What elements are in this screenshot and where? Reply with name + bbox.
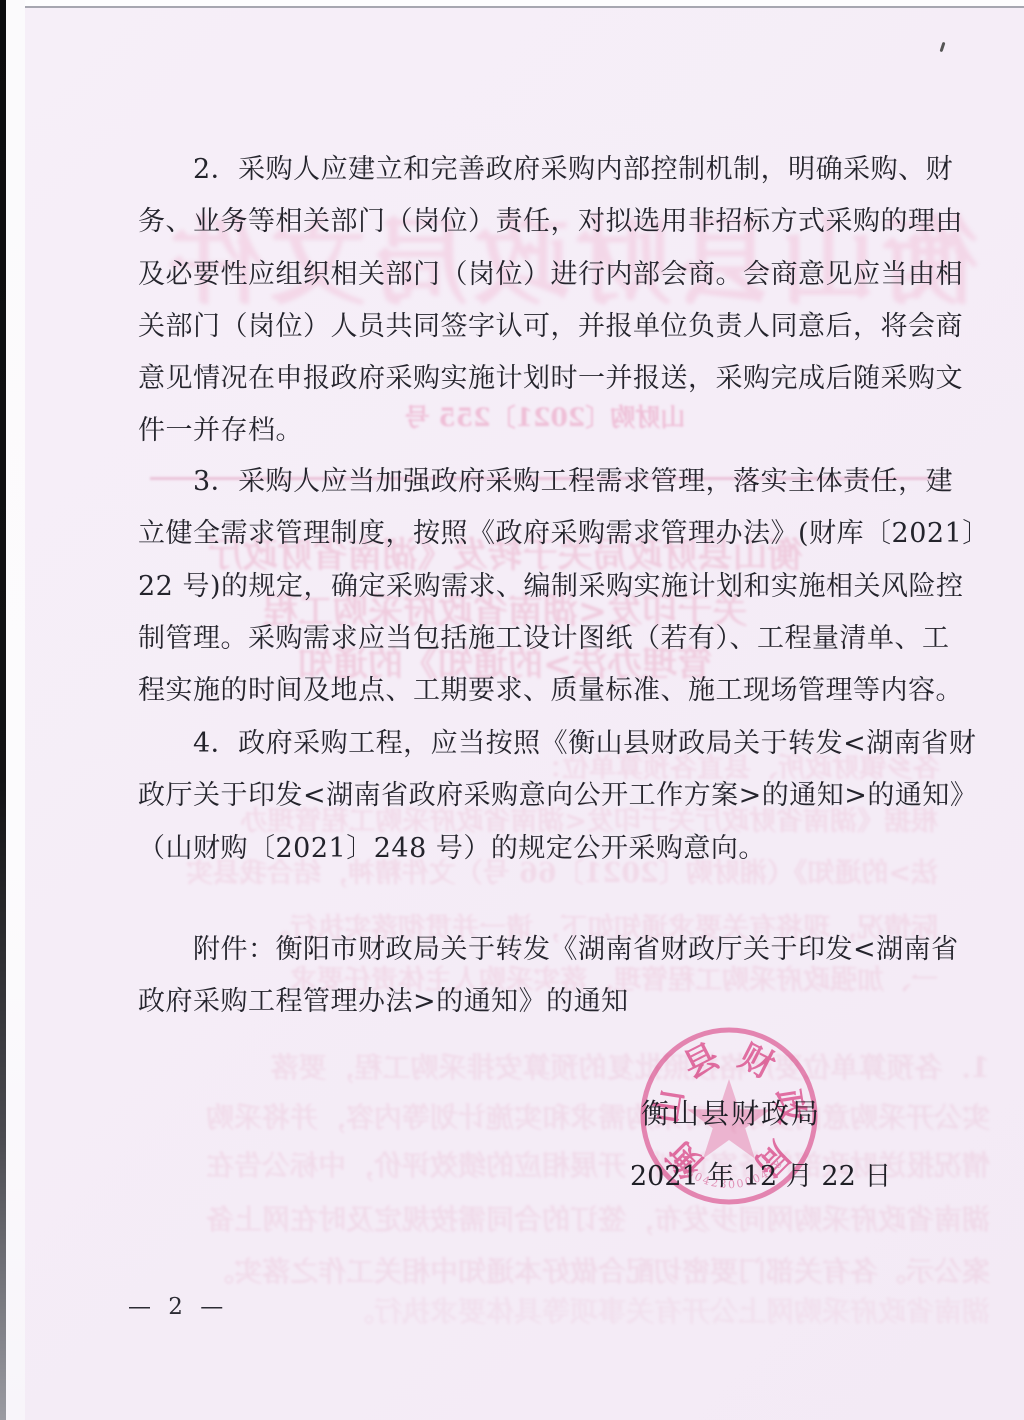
scan-top-edge [0, 0, 1024, 8]
body-line: 2．采购人应建立和完善政府采购内部控制机制，明确采购、财 [138, 144, 930, 196]
issuer-signature: 衡山县财政局 [641, 1092, 861, 1132]
bleedthrough-bottom-line: 1．各预算单位要严格按照批复的预算安排采购工程，要落 [138, 1046, 990, 1086]
body-line: 件一并存档。 [138, 405, 930, 457]
bleedthrough-bottom-line: 实公开采购意向要求，对采购需求和实施计划等内容，并将采购 [138, 1096, 990, 1136]
body-line: 4．政府采购工程，应当按照《衡山县财政局关于转发<湖南省财 [138, 718, 930, 770]
body-line: 22 号)的规定，确定采购需求、编制采购实施计划和实施相关风险控 [138, 561, 930, 613]
bleedthrough-bottom-line: 湖南省政府采购网上公开有关事项等具体要求执行。 [400, 1290, 990, 1330]
body-line: 制管理。采购需求应当包括施工设计图纸（若有）、工程量清单、工 [138, 613, 930, 665]
scan-speck [940, 42, 946, 52]
body-line: 意见情况在申报政府采购实施计划时一并报送，采购完成后随采购文 [138, 353, 930, 405]
paragraph-2: 2．采购人应建立和完善政府采购内部控制机制，明确采购、财 务、业务等相关部门（岗… [138, 144, 930, 458]
body-line: 附件：衡阳市财政局关于转发《湖南省财政厅关于印发<湖南省 [138, 924, 930, 976]
body-line: （山财购〔2021〕248 号）的规定公开采购意向。 [138, 823, 930, 875]
body-line: 关部门（岗位）人员共同签字认可，并报单位负责人同意后，将会商 [138, 301, 930, 353]
body-line: 政厅关于印发<湖南省政府采购意向公开工作方案>的通知>的通知》 [138, 770, 930, 822]
paragraph-4: 4．政府采购工程，应当按照《衡山县财政局关于转发<湖南省财 政厅关于印发<湖南省… [138, 718, 930, 875]
body-line: 程实施的时间及地点、工期要求、质量标准、施工现场管理等内容。 [138, 665, 930, 717]
scan-left-margin [5, 0, 25, 1420]
scanned-document-page: 衡山县财政局文件 山财购〔2021〕255 号 衡山县财政局关于转发《湖南省财政… [0, 0, 1024, 1420]
bleedthrough-bottom-line: 案公示。各有关部门要密切配合做好本通知中相关工作之落实。 [138, 1250, 990, 1290]
scan-left-edge [0, 0, 6, 1420]
paragraph-3: 3．采购人应当加强政府采购工程需求管理，落实主体责任，建 立健全需求管理制度，按… [138, 456, 930, 717]
body-line: 3．采购人应当加强政府采购工程需求管理，落实主体责任，建 [138, 456, 930, 508]
bleedthrough-bottom-line: 湖南省政府采购网同步发布，签订的合同需按规定及时在网上备 [138, 1198, 990, 1238]
page-number: — 2 — [128, 1294, 228, 1320]
issue-date: 2021 年 12 月 22 日 [630, 1154, 870, 1193]
attachment-note: 附件：衡阳市财政局关于转发《湖南省财政厅关于印发<湖南省 政府采购工程管理办法>… [138, 924, 930, 1029]
body-line: 及必要性应组织相关部门（岗位）进行内部会商。会商意见应当由相 [138, 249, 930, 301]
body-line: 务、业务等相关部门（岗位）责任，对拟选用非招标方式采购的理由 [138, 196, 930, 248]
body-line: 立健全需求管理制度，按照《政府采购需求管理办法》(财库〔2021〕 [138, 508, 930, 560]
